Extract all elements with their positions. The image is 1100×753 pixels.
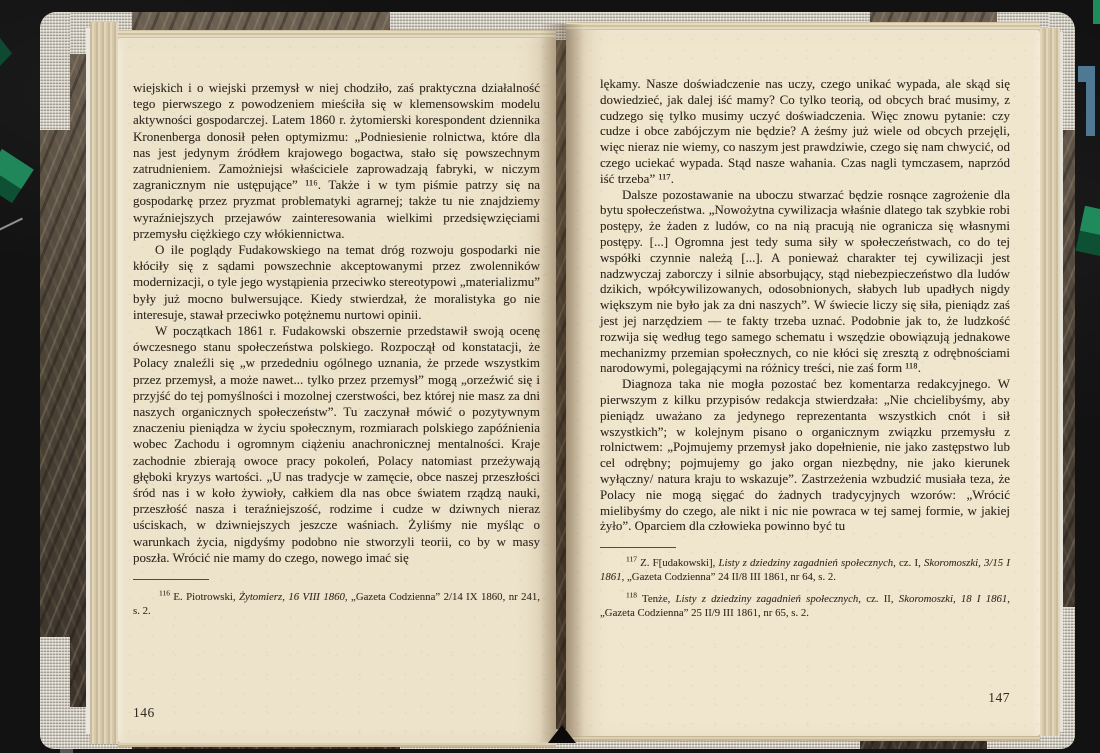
paragraph: Dalsze pozostawanie na uboczu stwarzać b… bbox=[600, 187, 1010, 377]
footnote-text: Tenże, bbox=[637, 593, 676, 605]
footnote-separator bbox=[133, 579, 209, 580]
paragraph: O ile poglądy Fudakowskiego na temat dró… bbox=[133, 242, 540, 323]
left-page-text: wiejskich i o wiejski przemysł w niej ch… bbox=[118, 38, 556, 566]
book: wiejskich i o wiejski przemysł w niej ch… bbox=[40, 12, 1075, 749]
footnote-text-italic: Listy z dziedziny zagadnień społecznych bbox=[676, 593, 859, 605]
footnote-text-italic: Listy z dziedziny zagadnień społecznych bbox=[719, 557, 894, 569]
footnote-text: Z. F[udakowski], bbox=[637, 557, 719, 569]
paragraph: Diagnoza taka nie mogła pozostać bez kom… bbox=[600, 376, 1010, 534]
footnote-text: , cz. I, bbox=[893, 557, 924, 569]
paragraph: W początkach 1861 r. Fudakowski obszerni… bbox=[133, 323, 540, 566]
footnote: 118 Tenże, Listy z dziedziny zagadnień s… bbox=[566, 593, 1040, 620]
page-edge-highlight bbox=[1060, 32, 1063, 732]
green-stripe-right bbox=[1076, 206, 1100, 256]
footnote-text-italic: Skoromoszki, 18 I 1861 bbox=[899, 593, 1008, 605]
paragraph: lękamy. Nasze doświadczenie nas uczy, cz… bbox=[600, 76, 1010, 187]
gray-line bbox=[0, 218, 23, 233]
blue-bracket-shape bbox=[1086, 66, 1095, 136]
right-page-text: lękamy. Nasze doświadczenie nas uczy, cz… bbox=[566, 30, 1040, 534]
cloth-corner-bottom-left bbox=[40, 637, 70, 749]
blue-bracket-shape bbox=[1078, 66, 1086, 82]
page-stack-left bbox=[90, 22, 118, 744]
footnote-text: , cz. II, bbox=[858, 593, 899, 605]
left-page: wiejskich i o wiejski przemysł w niej ch… bbox=[118, 38, 556, 743]
photo-background: wiejskich i o wiejski przemysł w niej ch… bbox=[0, 0, 1100, 753]
page-number: 147 bbox=[988, 690, 1010, 706]
footnote-text-italic: Żytomierz, 16 VIII 1860 bbox=[239, 591, 345, 603]
footnote-separator bbox=[600, 547, 676, 548]
paragraph: wiejskich i o wiejski przemysł w niej ch… bbox=[133, 80, 540, 242]
footnote-marker: 116 bbox=[159, 589, 170, 598]
green-stripe-left bbox=[0, 149, 34, 203]
footnote-text: , „Gazeta Codzienna” 24 II/8 III 1861, n… bbox=[622, 571, 836, 583]
page-stack-right bbox=[1038, 28, 1060, 736]
page-number: 146 bbox=[133, 705, 155, 721]
right-page: lękamy. Nasze doświadczenie nas uczy, cz… bbox=[566, 30, 1040, 736]
cloth-corner-top-left bbox=[40, 12, 70, 130]
footnote-marker: 118 bbox=[626, 591, 637, 600]
footnote: 117 Z. F[udakowski], Listy z dziedziny z… bbox=[566, 557, 1040, 584]
footnote: 116 E. Piotrowski, Żytomierz, 16 VIII 18… bbox=[118, 591, 556, 618]
book-gutter-shadow bbox=[540, 24, 584, 742]
green-triangle-shape bbox=[0, 38, 12, 66]
green-sliver bbox=[1093, 0, 1100, 24]
footnote-text: E. Piotrowski, bbox=[170, 591, 239, 603]
footnote-marker: 117 bbox=[626, 555, 637, 564]
